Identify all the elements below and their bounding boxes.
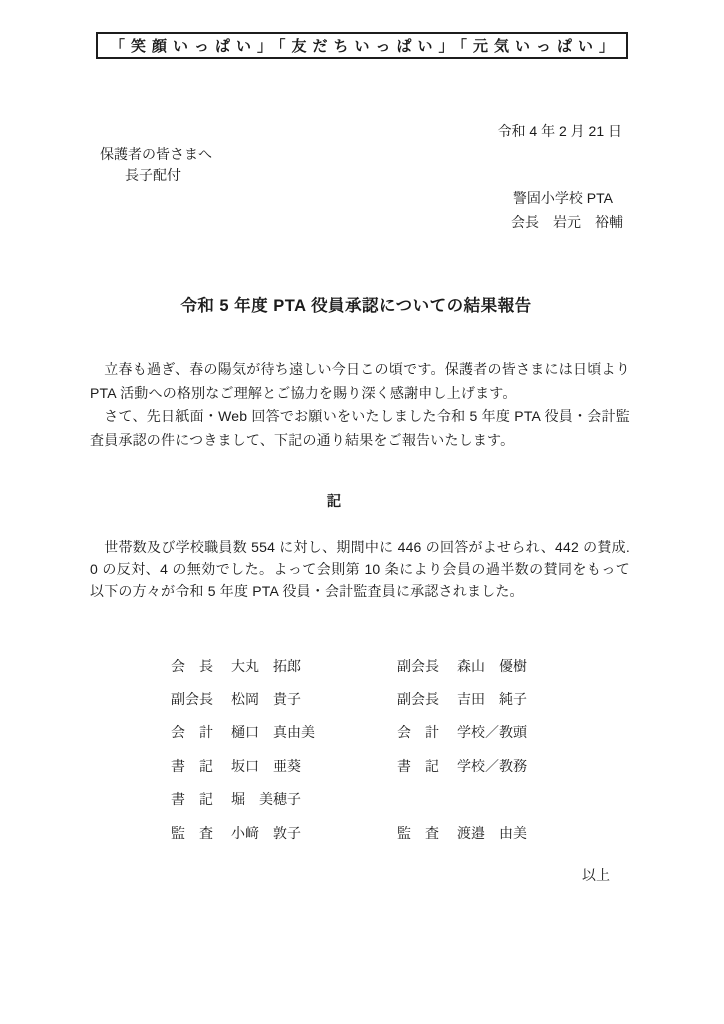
roster-name: 堀 美穂子 <box>231 789 301 809</box>
roster-role: 監 査 <box>171 823 215 843</box>
roster-name: 渡邉 由美 <box>457 823 527 843</box>
roster-row: 会 計 樋口 真由美 会 計 学校／教頭 <box>171 716 631 749</box>
roster-role: 会 長 <box>171 656 215 676</box>
body-paragraphs: 立春も過ぎ、春の陽気が待ち遠しい今日この頃です。保護者の皆さまには日頃より PT… <box>90 358 630 452</box>
closing-ijou: 以上 <box>95 865 610 885</box>
roster-name: 学校／教務 <box>457 756 527 776</box>
roster-role: 会 計 <box>171 722 215 742</box>
roster-name: 松岡 貴子 <box>231 689 301 709</box>
roster-cell: 副会長 松岡 貴子 <box>171 689 397 709</box>
roster-name: 森山 優樹 <box>457 656 527 676</box>
record-heading: 記 <box>95 490 573 511</box>
roster-row: 会 長 大丸 拓郎 副会長 森山 優樹 <box>171 649 631 682</box>
officer-roster: 会 長 大丸 拓郎 副会長 森山 優樹 副会長 松岡 貴子 副会長 吉田 純子 … <box>171 649 631 849</box>
roster-cell: 監 査 小﨑 敦子 <box>171 823 397 843</box>
school-motto-text: 「笑顔いっぱい」「友だちいっぱい」「元気いっぱい」 <box>104 35 620 56</box>
document-page: 「笑顔いっぱい」「友だちいっぱい」「元気いっぱい」 令和 4 年 2 月 21 … <box>0 0 724 1024</box>
roster-role: 監 査 <box>397 823 441 843</box>
roster-cell: 副会長 森山 優樹 <box>397 656 631 676</box>
roster-cell: 会 計 樋口 真由美 <box>171 722 397 742</box>
document-date: 令和 4 年 2 月 21 日 <box>95 123 622 139</box>
roster-role: 副会長 <box>397 656 441 676</box>
roster-name: 坂口 亜葵 <box>231 756 301 776</box>
roster-cell: 書 記 堀 美穂子 <box>171 789 397 809</box>
roster-name: 樋口 真由美 <box>231 722 315 742</box>
roster-cell: 副会長 吉田 純子 <box>397 689 631 709</box>
roster-role: 書 記 <box>171 789 215 809</box>
roster-cell: 書 記 坂口 亜葵 <box>171 756 397 776</box>
roster-cell: 監 査 渡邉 由美 <box>397 823 631 843</box>
roster-cell: 書 記 学校／教務 <box>397 756 631 776</box>
sender-name: 会長 岩元 裕輔 <box>95 214 623 230</box>
roster-role: 書 記 <box>171 756 215 776</box>
roster-row: 副会長 松岡 貴子 副会長 吉田 純子 <box>171 682 631 715</box>
roster-name: 小﨑 敦子 <box>231 823 301 843</box>
roster-cell: 会 長 大丸 拓郎 <box>171 656 397 676</box>
result-paragraph: 世帯数及び学校職員数 554 に対し、期間中に 446 の回答がよせられ、442… <box>90 536 630 602</box>
organization-name: 警固小学校 PTA <box>95 190 613 206</box>
roster-role: 書 記 <box>397 756 441 776</box>
roster-row: 監 査 小﨑 敦子 監 査 渡邉 由美 <box>171 816 631 849</box>
document-title: 令和 5 年度 PTA 役員承認についての結果報告 <box>0 292 712 316</box>
purpose-paragraph: さて、先日紙面・Web 回答でお願いをいたしました令和 5 年度 PTA 役員・… <box>90 405 630 452</box>
greeting-paragraph: 立春も過ぎ、春の陽気が待ち遠しい今日この頃です。保護者の皆さまには日頃より PT… <box>90 358 630 405</box>
school-motto-banner: 「笑顔いっぱい」「友だちいっぱい」「元気いっぱい」 <box>96 32 628 59</box>
roster-role: 会 計 <box>397 722 441 742</box>
distribution-note: 長子配付 <box>125 167 181 183</box>
roster-name: 吉田 純子 <box>457 689 527 709</box>
roster-cell: 会 計 学校／教頭 <box>397 722 631 742</box>
roster-name: 学校／教頭 <box>457 722 527 742</box>
roster-row: 書 記 坂口 亜葵 書 記 学校／教務 <box>171 749 631 782</box>
addressee-line: 保護者の皆さまへ <box>100 146 212 162</box>
roster-row: 書 記 堀 美穂子 <box>171 783 631 816</box>
roster-role: 副会長 <box>171 689 215 709</box>
roster-name: 大丸 拓郎 <box>231 656 301 676</box>
roster-role: 副会長 <box>397 689 441 709</box>
